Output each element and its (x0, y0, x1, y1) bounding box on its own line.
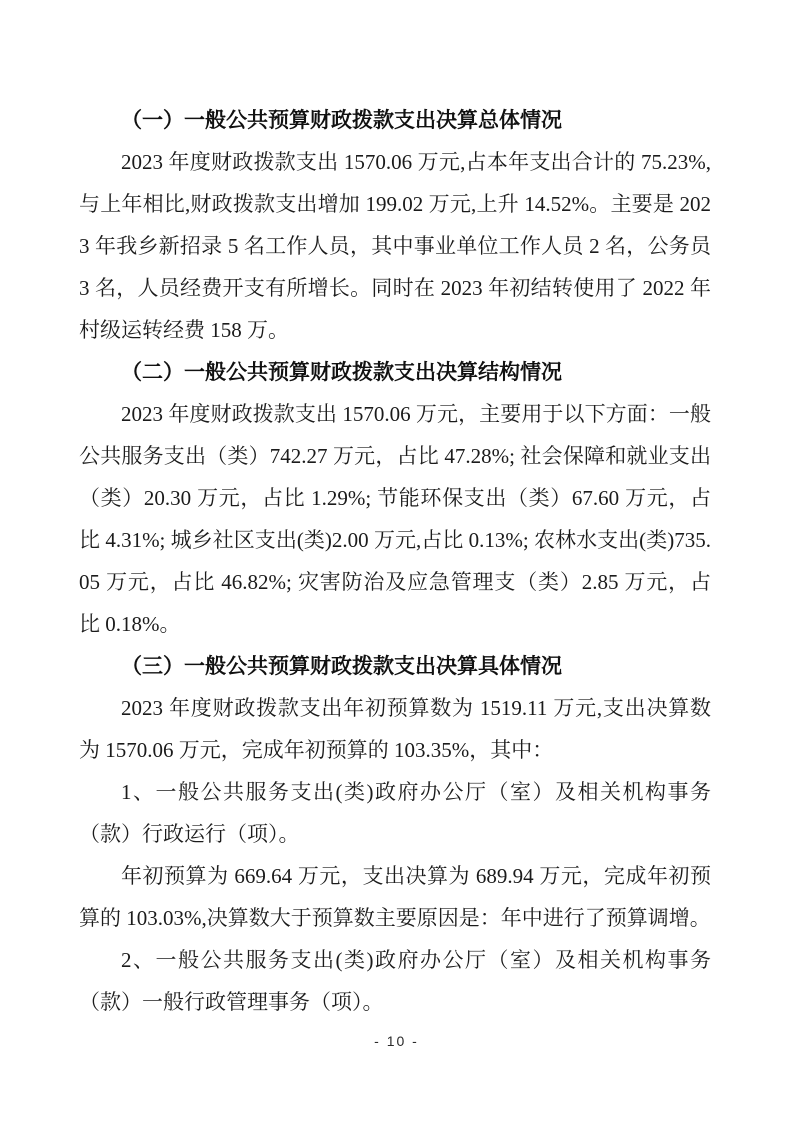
section-3-item-2-title: 2、一般公共服务支出(类)政府办公厅（室）及相关机构事务（款）一般行政管理事务（… (79, 939, 711, 1023)
page-number: - 10 - (0, 1033, 793, 1049)
section-3-heading: （三）一般公共预算财政拨款支出决算具体情况 (79, 645, 711, 687)
section-1-heading: （一）一般公共预算财政拨款支出决算总体情况 (79, 99, 711, 141)
section-3-item-1-detail: 年初预算为 669.64 万元，支出决算为 689.94 万元，完成年初预算的 … (79, 855, 711, 939)
document-body: （一）一般公共预算财政拨款支出决算总体情况 2023 年度财政拨款支出 1570… (79, 0, 711, 1023)
section-3-paragraph-overview: 2023 年度财政拨款支出年初预算数为 1519.11 万元,支出决算数为 15… (79, 687, 711, 771)
section-2-paragraph: 2023 年度财政拨款支出 1570.06 万元，主要用于以下方面：一般公共服务… (79, 393, 711, 645)
section-3-item-1-title: 1、一般公共服务支出(类)政府办公厅（室）及相关机构事务（款）行政运行（项）。 (79, 771, 711, 855)
section-1-paragraph: 2023 年度财政拨款支出 1570.06 万元,占本年支出合计的 75.23%… (79, 141, 711, 351)
document-page: （一）一般公共预算财政拨款支出决算总体情况 2023 年度财政拨款支出 1570… (0, 0, 793, 1122)
section-2-heading: （二）一般公共预算财政拨款支出决算结构情况 (79, 351, 711, 393)
